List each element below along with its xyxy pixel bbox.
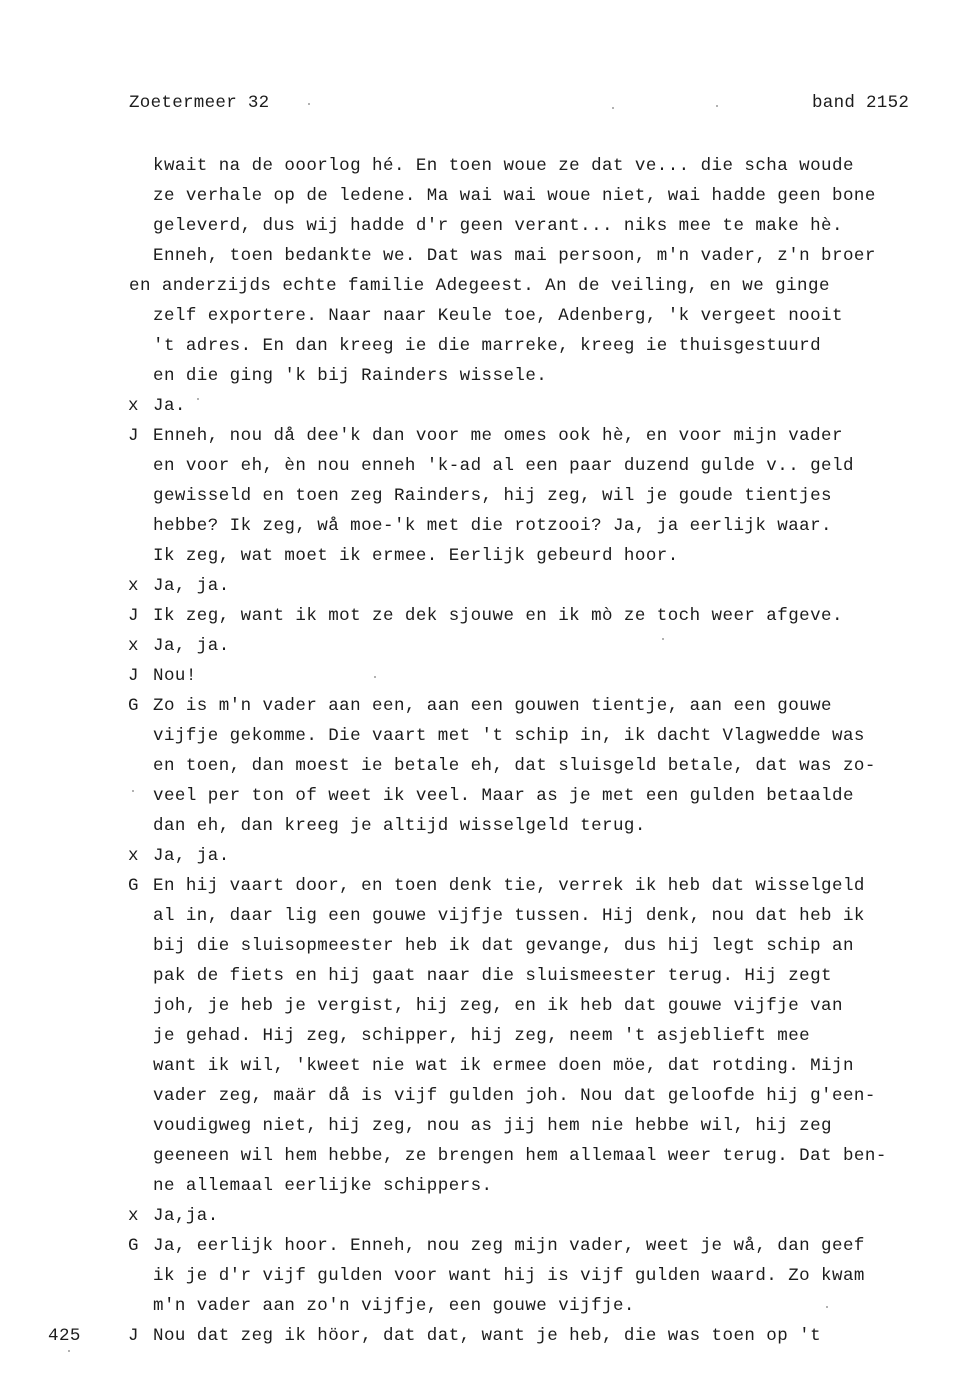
line-text: want ik wil, 'kweet nie wat ik ermee doe… <box>153 1051 854 1081</box>
speaker-label: J <box>128 661 139 691</box>
line-text: bij die sluisopmeester heb ik dat gevang… <box>153 931 854 961</box>
line-text: vader zeg, maär då is vijf gulden joh. N… <box>153 1081 876 1111</box>
line-text: je gehad. Hij zeg, schipper, hij zeg, ne… <box>153 1021 810 1051</box>
paper-speck <box>132 790 134 792</box>
line-text: Ik zeg, want ik mot ze dek sjouwe en ik … <box>153 601 843 631</box>
line-text: Enneh, nou då dee'k dan voor me omes ook… <box>153 421 843 451</box>
line-text: geeneen wil hem hebbe, ze brengen hem al… <box>153 1141 887 1171</box>
line-text: Ja, eerlijk hoor. Enneh, nou zeg mijn va… <box>153 1231 865 1261</box>
paper-speck <box>612 107 614 109</box>
transcript-line: je gehad. Hij zeg, schipper, hij zeg, ne… <box>0 1021 979 1051</box>
speaker-label: J <box>128 601 139 631</box>
transcript-line: pak de fiets en hij gaat naar die sluism… <box>0 961 979 991</box>
line-text: Zo is m'n vader aan een, aan een gouwen … <box>153 691 832 721</box>
transcript-body: kwait na de ooorlog hé. En toen woue ze … <box>0 151 979 1351</box>
transcript-line: xJa, ja. <box>0 571 979 601</box>
line-text: en toen, dan moest ie betale eh, dat slu… <box>153 751 876 781</box>
transcript-line: bij die sluisopmeester heb ik dat gevang… <box>0 931 979 961</box>
transcript-line: JNou! <box>0 661 979 691</box>
transcript-line: xJa. <box>0 391 979 421</box>
line-text: al in, daar lig een gouwe vijfje tussen.… <box>153 901 865 931</box>
paper-speck <box>826 1306 828 1308</box>
speaker-label: G <box>128 871 139 901</box>
transcript-line: veel per ton of weet ik veel. Maar as je… <box>0 781 979 811</box>
speaker-label: x <box>128 631 139 661</box>
line-text: kwait na de ooorlog hé. En toen woue ze … <box>153 151 854 181</box>
line-text: gewisseld en toen zeg Rainders, hij zeg,… <box>153 481 832 511</box>
line-text: ne allemaal eerlijke schippers. <box>153 1171 493 1201</box>
line-text: Ja, ja. <box>153 631 230 661</box>
transcript-line: gewisseld en toen zeg Rainders, hij zeg,… <box>0 481 979 511</box>
transcript-line: ik je d'r vijf gulden voor want hij is v… <box>0 1261 979 1291</box>
speaker-label: J <box>128 421 139 451</box>
speaker-label: x <box>128 841 139 871</box>
line-text: En hij vaart door, en toen denk tie, ver… <box>153 871 865 901</box>
transcript-line: GJa, eerlijk hoor. Enneh, nou zeg mijn v… <box>0 1231 979 1261</box>
transcript-line: m'n vader aan zo'n vijfje, een gouwe vij… <box>0 1291 979 1321</box>
line-text: vijfje gekomme. Die vaart met 't schip i… <box>153 721 865 751</box>
line-text: Ja, ja. <box>153 571 230 601</box>
paper-speck <box>374 676 376 678</box>
speaker-label: x <box>128 571 139 601</box>
line-text: Nou! <box>153 661 197 691</box>
line-text: Ja. <box>153 391 186 421</box>
transcript-line: Ik zeg, wat moet ik ermee. Eerlijk gebeu… <box>0 541 979 571</box>
transcript-line: JIk zeg, want ik mot ze dek sjouwe en ik… <box>0 601 979 631</box>
speaker-label: G <box>128 1231 139 1261</box>
transcript-line: en voor eh, èn nou enneh 'k-ad al een pa… <box>0 451 979 481</box>
transcript-page: Zoetermeer 32 band 2152 kwait na de ooor… <box>0 0 979 1391</box>
transcript-line: vijfje gekomme. Die vaart met 't schip i… <box>0 721 979 751</box>
line-text: m'n vader aan zo'n vijfje, een gouwe vij… <box>153 1291 635 1321</box>
transcript-line: GEn hij vaart door, en toen denk tie, ve… <box>0 871 979 901</box>
transcript-line: voudigweg niet, hij zeg, nou as jij hem … <box>0 1111 979 1141</box>
line-text: veel per ton of weet ik veel. Maar as je… <box>153 781 854 811</box>
line-text: pak de fiets en hij gaat naar die sluism… <box>153 961 832 991</box>
paper-speck <box>68 1350 70 1352</box>
line-text: zelf exportere. Naar naar Keule toe, Ade… <box>153 301 843 331</box>
header-location: Zoetermeer 32 <box>129 93 269 113</box>
paper-speck <box>197 398 199 400</box>
transcript-line: xJa, ja. <box>0 631 979 661</box>
header-tape-number: band 2152 <box>812 93 909 113</box>
line-text: en die ging 'k bij Rainders wissele. <box>153 361 547 391</box>
line-text: Enneh, toen bedankte we. Dat was mai per… <box>153 241 876 271</box>
transcript-line: xJa,ja. <box>0 1201 979 1231</box>
line-text: voudigweg niet, hij zeg, nou as jij hem … <box>153 1111 832 1141</box>
line-number: 425 <box>48 1321 81 1351</box>
transcript-line: geeneen wil hem hebbe, ze brengen hem al… <box>0 1141 979 1171</box>
line-text: Nou dat zeg ik höor, dat dat, want je he… <box>153 1321 821 1351</box>
paper-speck <box>662 638 664 640</box>
line-text: hebbe? Ik zeg, wå moe-'k met die rotzooi… <box>153 511 832 541</box>
transcript-line: zelf exportere. Naar naar Keule toe, Ade… <box>0 301 979 331</box>
paper-speck <box>308 103 310 105</box>
transcript-line: want ik wil, 'kweet nie wat ik ermee doe… <box>0 1051 979 1081</box>
transcript-line: en toen, dan moest ie betale eh, dat slu… <box>0 751 979 781</box>
transcript-line: hebbe? Ik zeg, wå moe-'k met die rotzooi… <box>0 511 979 541</box>
transcript-line: vader zeg, maär då is vijf gulden joh. N… <box>0 1081 979 1111</box>
transcript-line: Enneh, toen bedankte we. Dat was mai per… <box>0 241 979 271</box>
transcript-line: en anderzijds echte familie Adegeest. An… <box>0 271 979 301</box>
line-text: ik je d'r vijf gulden voor want hij is v… <box>153 1261 865 1291</box>
transcript-line: 425JNou dat zeg ik höor, dat dat, want j… <box>0 1321 979 1351</box>
transcript-line: 't adres. En dan kreeg ie die marreke, k… <box>0 331 979 361</box>
line-text: Ik zeg, wat moet ik ermee. Eerlijk gebeu… <box>153 541 679 571</box>
transcript-line: xJa, ja. <box>0 841 979 871</box>
transcript-line: ze verhale op de ledene. Ma wai wai woue… <box>0 181 979 211</box>
transcript-line: al in, daar lig een gouwe vijfje tussen.… <box>0 901 979 931</box>
transcript-line: ne allemaal eerlijke schippers. <box>0 1171 979 1201</box>
line-text: joh, je heb je vergist, hij zeg, en ik h… <box>153 991 843 1021</box>
line-text: en anderzijds echte familie Adegeest. An… <box>129 271 830 301</box>
line-text: Ja,ja. <box>153 1201 219 1231</box>
transcript-line: en die ging 'k bij Rainders wissele. <box>0 361 979 391</box>
line-text: dan eh, dan kreeg je altijd wisselgeld t… <box>153 811 646 841</box>
speaker-label: G <box>128 691 139 721</box>
line-text: 't adres. En dan kreeg ie die marreke, k… <box>153 331 821 361</box>
speaker-label: x <box>128 391 139 421</box>
transcript-line: dan eh, dan kreeg je altijd wisselgeld t… <box>0 811 979 841</box>
transcript-line: GZo is m'n vader aan een, aan een gouwen… <box>0 691 979 721</box>
paper-speck <box>716 105 718 107</box>
line-text: ze verhale op de ledene. Ma wai wai woue… <box>153 181 876 211</box>
transcript-line: joh, je heb je vergist, hij zeg, en ik h… <box>0 991 979 1021</box>
line-text: en voor eh, èn nou enneh 'k-ad al een pa… <box>153 451 854 481</box>
transcript-line: JEnneh, nou då dee'k dan voor me omes oo… <box>0 421 979 451</box>
speaker-label: J <box>128 1321 139 1351</box>
speaker-label: x <box>128 1201 139 1231</box>
transcript-line: geleverd, dus wij hadde d'r geen verant.… <box>0 211 979 241</box>
line-text: geleverd, dus wij hadde d'r geen verant.… <box>153 211 843 241</box>
line-text: Ja, ja. <box>153 841 230 871</box>
transcript-line: kwait na de ooorlog hé. En toen woue ze … <box>0 151 979 181</box>
